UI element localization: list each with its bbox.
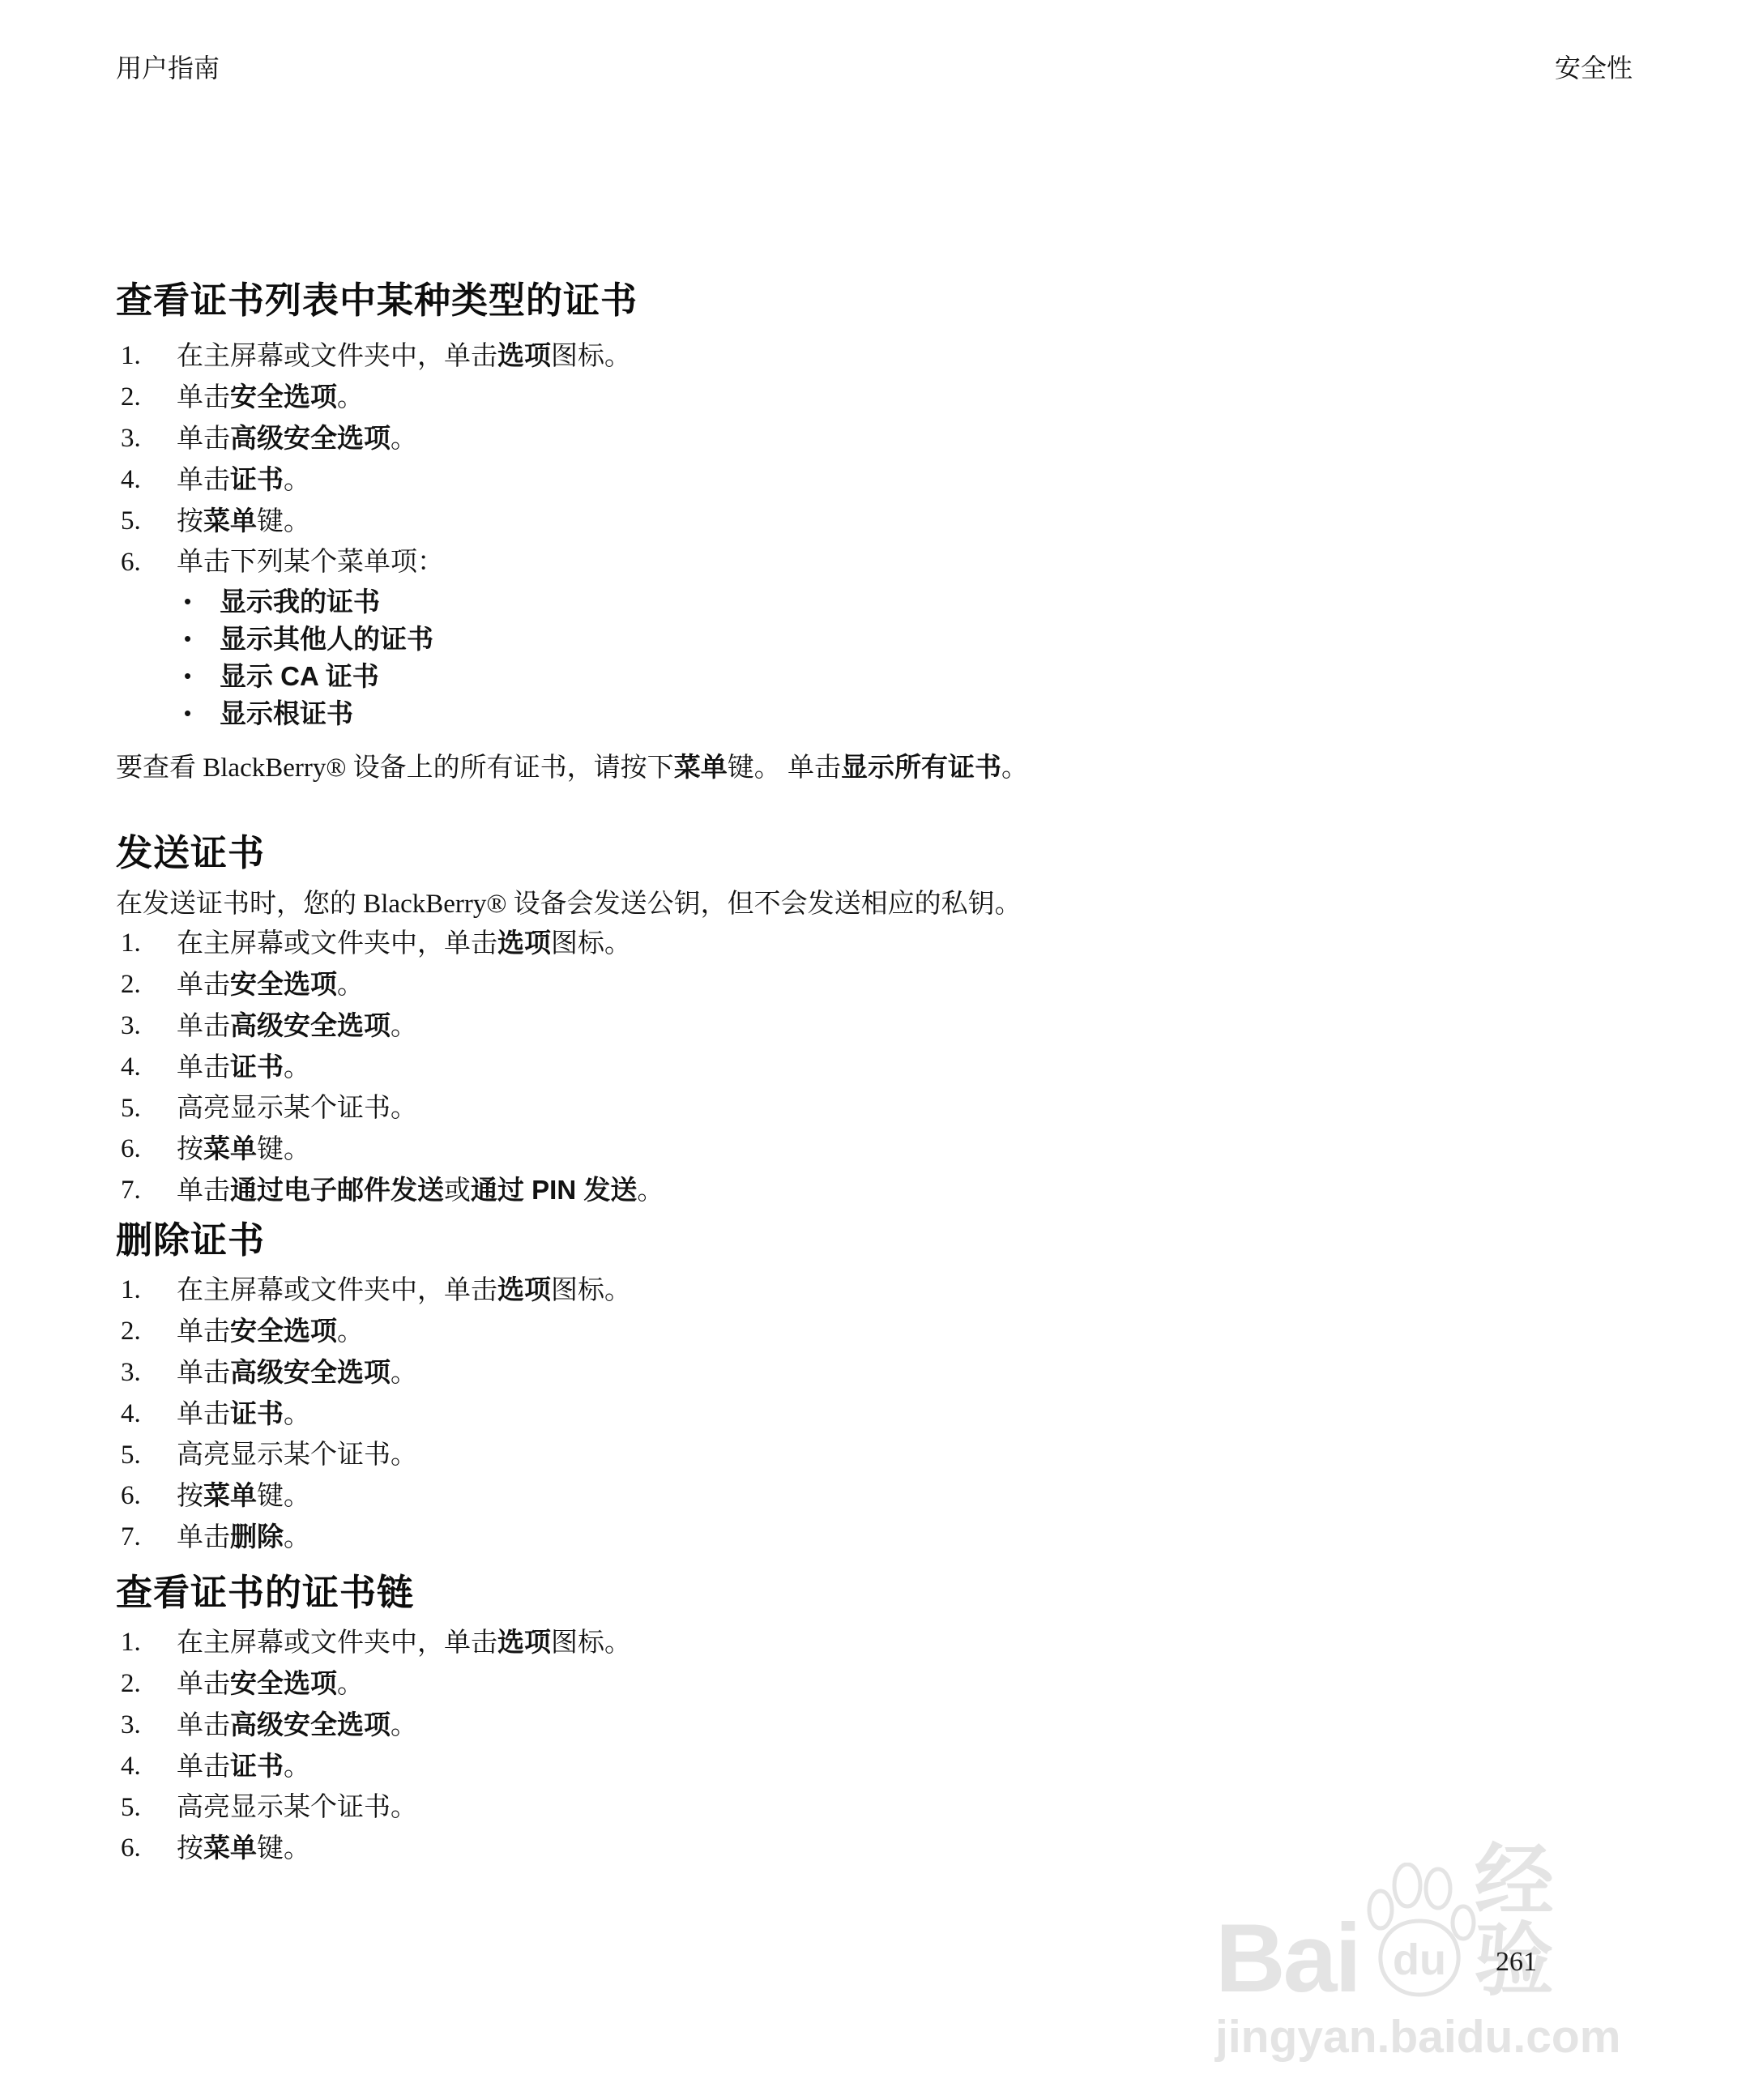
text-segment: 高级安全选项 [230,1357,391,1387]
section-title: 删除证书 [116,1220,1526,1261]
step-item: 6.按菜单键。 [116,1481,1526,1511]
step-text: 单击高级安全选项。 [177,424,1526,454]
text-segment: 证书 [230,1751,284,1781]
text-segment: 安全选项 [230,1668,337,1698]
step-number: 1. [116,928,177,958]
text-segment: 菜单 [203,1133,257,1163]
text-segment: 高级安全选项 [230,1709,391,1739]
text-segment: 。 [637,1176,664,1206]
text-segment: 键。 [257,1482,310,1511]
text-segment: 删除 [230,1522,284,1552]
step-number: 5. [116,506,177,536]
section-title: 发送证书 [116,833,1526,873]
baidu-logo-text-du: du [1393,1936,1446,1984]
text-segment: 图标。 [551,1628,631,1658]
step-number: 1. [116,1275,177,1305]
step-list: 1.在主屏幕或文件夹中，单击选项图标。2.单击安全选项。3.单击高级安全选项。4… [116,1628,1526,1863]
text-segment: 安全选项 [230,969,337,999]
step-number: 4. [116,1052,177,1082]
intro-paragraph: 在发送证书时，您的 BlackBerry® 设备会发送公钥，但不会发送相应的私钥… [116,888,1526,920]
text-segment: 菜单 [203,1833,257,1863]
step-item: 7.单击删除。 [116,1522,1526,1552]
section-title: 查看证书列表中某种类型的证书 [116,280,1526,321]
text-segment: 图标。 [551,929,631,958]
text-segment: 。 [284,1523,310,1552]
text-segment: 单击 [177,1176,230,1206]
step-text: 单击安全选项。 [177,382,1526,412]
step-number: 6. [116,548,177,577]
step-item: 4.单击证书。 [116,1399,1526,1429]
step-text: 单击通过电子邮件发送或通过 PIN 发送。 [177,1176,1526,1206]
text-segment: 安全选项 [230,1316,337,1346]
step-text: 单击证书。 [177,1399,1526,1429]
text-segment: 键。 [257,507,310,536]
step-number: 2. [116,1669,177,1699]
text-segment: 安全选项 [230,382,337,412]
baidu-logo: Bai du 经验 [1215,1841,1556,2004]
menu-option-item: •显示根证书 [184,700,1526,727]
step-number: 5. [116,1793,177,1822]
menu-option-item: •显示 CA 证书 [184,663,1526,689]
step-text: 单击证书。 [177,1052,1526,1082]
menu-option-item: •显示我的证书 [184,588,1526,615]
text-segment: 在主屏幕或文件夹中，单击 [177,1628,497,1658]
step-item: 5.按菜单键。 [116,506,1526,536]
text-segment: 键。 单击 [728,753,841,783]
step-item: 1.在主屏幕或文件夹中，单击选项图标。 [116,1275,1526,1305]
step-item: 5.高亮显示某个证书。 [116,1094,1526,1123]
step-item: 4.单击证书。 [116,465,1526,495]
header-left-title: 用户指南 [116,52,220,84]
text-segment: 。 [284,1752,310,1782]
menu-option-label: 显示其他人的证书 [220,625,433,652]
step-text: 单击安全选项。 [177,1317,1526,1347]
text-segment: 。 [391,425,417,454]
page-number: 261 [1496,1948,1537,1977]
text-segment: 高亮显示某个证书。 [177,1793,417,1822]
step-number: 1. [116,341,177,371]
text-segment: 显示所有证书 [841,752,1001,782]
step-number: 5. [116,1441,177,1470]
step-number: 4. [116,1399,177,1429]
text-segment: 按 [177,1482,203,1511]
text-segment: 证书 [230,1398,284,1428]
text-segment: 通过电子邮件发送 [230,1175,444,1205]
step-text: 在主屏幕或文件夹中，单击选项图标。 [177,341,1526,371]
baidu-logo-text-bai: Bai [1215,1912,1359,2004]
step-item: 3.单击高级安全选项。 [116,424,1526,454]
text-segment: 。 [391,1359,417,1388]
baidu-paw-icon: du [1356,1863,1478,2004]
header-right-title: 安全性 [1555,52,1633,84]
step-number: 3. [116,424,177,454]
text-segment: 单击 [177,1523,230,1552]
step-list: 1.在主屏幕或文件夹中，单击选项图标。2.单击安全选项。3.单击高级安全选项。4… [116,928,1526,1206]
text-segment: 。 [284,1400,310,1429]
step-list: 1.在主屏幕或文件夹中，单击选项图标。2.单击安全选项。3.单击高级安全选项。4… [116,341,1526,577]
step-text: 在主屏幕或文件夹中，单击选项图标。 [177,1628,1526,1658]
step-item: 1.在主屏幕或文件夹中，单击选项图标。 [116,1628,1526,1658]
menu-option-label: 显示根证书 [220,700,353,727]
text-segment: 按 [177,507,203,536]
step-text: 在主屏幕或文件夹中，单击选项图标。 [177,1275,1526,1305]
text-segment: 菜单 [203,506,257,536]
step-item: 5.高亮显示某个证书。 [116,1793,1526,1822]
text-segment: 选项 [497,1274,551,1304]
section-title: 查看证书的证书链 [116,1573,1526,1613]
step-text: 单击安全选项。 [177,970,1526,1000]
step-text: 单击下列某个菜单项： [177,548,1526,577]
step-number: 2. [116,1317,177,1347]
text-segment: 键。 [257,1834,310,1863]
text-segment: 。 [337,1670,364,1699]
text-segment: 。 [391,1711,417,1740]
text-segment: 或 [444,1176,471,1206]
step-number: 6. [116,1833,177,1863]
text-segment: 。 [337,1317,364,1347]
step-text: 单击删除。 [177,1522,1526,1552]
step-item: 4.单击证书。 [116,1752,1526,1782]
bullet-icon: • [184,588,220,615]
text-segment: 在主屏幕或文件夹中，单击 [177,342,497,371]
step-text: 高亮显示某个证书。 [177,1793,1526,1822]
text-segment: 单击 [177,971,230,1000]
step-text: 单击高级安全选项。 [177,1710,1526,1740]
text-segment: 按 [177,1135,203,1164]
page-header: 用户指南 安全性 [116,52,1633,84]
menu-option-item: •显示其他人的证书 [184,625,1526,652]
text-segment: 单击 [177,1359,230,1388]
step-number: 7. [116,1176,177,1206]
step-text: 单击高级安全选项。 [177,1011,1526,1041]
step-item: 1.在主屏幕或文件夹中，单击选项图标。 [116,928,1526,958]
text-segment: 证书 [230,1052,284,1082]
step-item: 2.单击安全选项。 [116,970,1526,1000]
step-text: 单击高级安全选项。 [177,1358,1526,1388]
text-segment: 单击 [177,1053,230,1082]
text-segment: 。 [284,466,310,495]
text-segment: 。 [1001,753,1028,783]
step-number: 3. [116,1710,177,1740]
section-send-cert: 发送证书 在发送证书时，您的 BlackBerry® 设备会发送公钥，但不会发送… [116,833,1526,1206]
step-text: 按菜单键。 [177,506,1526,536]
step-item: 2.单击安全选项。 [116,382,1526,412]
step-text: 在主屏幕或文件夹中，单击选项图标。 [177,928,1526,958]
step-item: 6.按菜单键。 [116,1134,1526,1164]
step-number: 3. [116,1358,177,1388]
text-segment: 单击 [177,1317,230,1347]
text-segment: 图标。 [551,342,631,371]
text-segment: 选项 [497,928,551,958]
step-number: 5. [116,1094,177,1123]
step-number: 2. [116,382,177,412]
text-segment: 高亮显示某个证书。 [177,1441,417,1470]
text-segment: 单击 [177,466,230,495]
step-item: 5.高亮显示某个证书。 [116,1441,1526,1470]
text-segment: 菜单 [203,1480,257,1510]
text-segment: 单击 [177,1670,230,1699]
text-segment: 在主屏幕或文件夹中，单击 [177,1276,497,1305]
step-text: 高亮显示某个证书。 [177,1094,1526,1123]
text-segment: 选项 [497,1627,551,1657]
text-segment: 图标。 [551,1276,631,1305]
text-segment: 高级安全选项 [230,423,391,453]
text-segment: 单击 [177,425,230,454]
text-segment: 在发送证书时，您的 BlackBerry® 设备会发送公钥，但不会发送相应的私钥… [116,890,1022,919]
text-segment: 键。 [257,1135,310,1164]
text-segment: 按 [177,1834,203,1863]
text-segment: 。 [284,1053,310,1082]
jingyan-url-watermark: jingyan.baidu.com [1215,2014,1556,2060]
text-segment: 高级安全选项 [230,1010,391,1040]
menu-option-list: •显示我的证书•显示其他人的证书•显示 CA 证书•显示根证书 [184,588,1526,727]
text-segment: 菜单 [674,752,728,782]
step-text: 高亮显示某个证书。 [177,1441,1526,1470]
text-segment: 。 [337,383,364,412]
text-segment: 选项 [497,340,551,370]
step-number: 3. [116,1011,177,1041]
step-number: 4. [116,465,177,495]
step-item: 3.单击高级安全选项。 [116,1710,1526,1740]
section-cert-chain: 查看证书的证书链 1.在主屏幕或文件夹中，单击选项图标。2.单击安全选项。3.单… [116,1573,1526,1863]
text-segment: 单击 [177,1012,230,1041]
section-view-cert-type: 查看证书列表中某种类型的证书 1.在主屏幕或文件夹中，单击选项图标。2.单击安全… [116,280,1526,784]
section-delete-cert: 删除证书 1.在主屏幕或文件夹中，单击选项图标。2.单击安全选项。3.单击高级安… [116,1220,1526,1552]
menu-option-label: 显示 CA 证书 [220,663,379,689]
text-segment: 单击 [177,1400,230,1429]
text-segment: 要查看 BlackBerry® 设备上的所有证书，请按下 [116,753,674,783]
step-item: 2.单击安全选项。 [116,1669,1526,1699]
text-segment: 。 [391,1012,417,1041]
step-text: 按菜单键。 [177,1134,1526,1164]
note-paragraph: 要查看 BlackBerry® 设备上的所有证书，请按下菜单键。 单击显示所有证… [116,751,1526,784]
text-segment: 单击下列某个菜单项： [177,548,444,577]
text-segment: 。 [337,971,364,1000]
step-item: 7.单击通过电子邮件发送或通过 PIN 发送。 [116,1176,1526,1206]
step-number: 4. [116,1752,177,1782]
step-item: 3.单击高级安全选项。 [116,1011,1526,1041]
step-text: 单击安全选项。 [177,1669,1526,1699]
step-list: 1.在主屏幕或文件夹中，单击选项图标。2.单击安全选项。3.单击高级安全选项。4… [116,1275,1526,1552]
step-number: 7. [116,1522,177,1552]
main-content: 查看证书列表中某种类型的证书 1.在主屏幕或文件夹中，单击选项图标。2.单击安全… [116,280,1526,1875]
text-segment: 证书 [230,464,284,494]
text-segment: 高亮显示某个证书。 [177,1094,417,1123]
step-text: 单击证书。 [177,1752,1526,1782]
step-item: 2.单击安全选项。 [116,1317,1526,1347]
step-item: 4.单击证书。 [116,1052,1526,1082]
bullet-icon: • [184,625,220,652]
menu-option-label: 显示我的证书 [220,588,380,615]
text-segment: 在主屏幕或文件夹中，单击 [177,929,497,958]
bullet-icon: • [184,663,220,689]
text-segment: 单击 [177,1711,230,1740]
step-number: 1. [116,1628,177,1658]
step-number: 6. [116,1134,177,1164]
step-item: 6.单击下列某个菜单项： [116,548,1526,577]
text-segment: 单击 [177,383,230,412]
step-number: 6. [116,1481,177,1511]
step-item: 3.单击高级安全选项。 [116,1358,1526,1388]
bullet-icon: • [184,700,220,727]
step-number: 2. [116,970,177,1000]
step-text: 按菜单键。 [177,1481,1526,1511]
text-segment: 单击 [177,1752,230,1782]
step-text: 单击证书。 [177,465,1526,495]
step-item: 1.在主屏幕或文件夹中，单击选项图标。 [116,341,1526,371]
text-segment: 通过 PIN 发送 [471,1175,637,1205]
